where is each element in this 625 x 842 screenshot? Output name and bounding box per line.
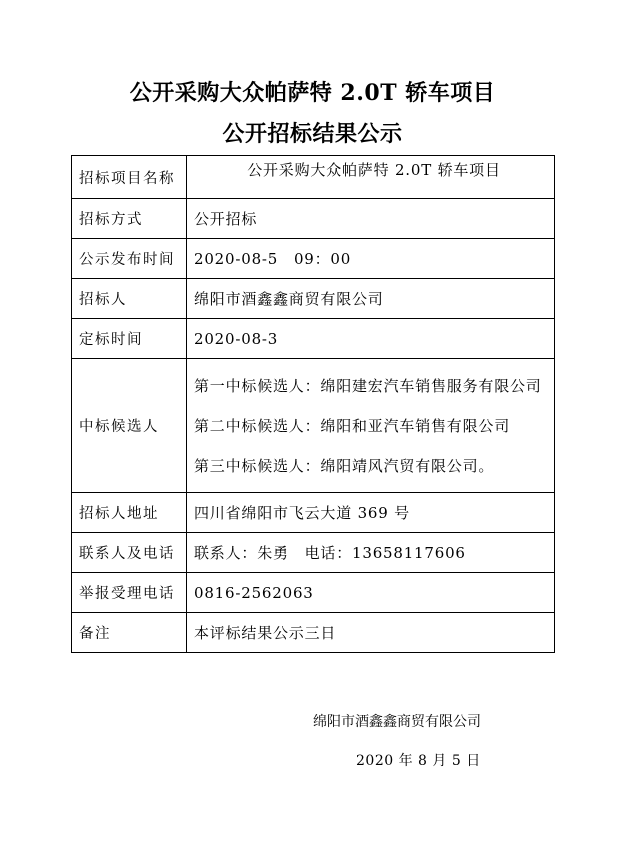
row-label: 联系人及电话 — [72, 533, 187, 573]
candidate-first: 第一中标候选人：绵阳建宏汽车销售服务有限公司 — [194, 376, 554, 396]
row-label: 举报受理电话 — [72, 573, 187, 613]
row-value: 联系人：朱勇 电话：13658117606 — [187, 533, 555, 573]
row-label: 招标人 — [72, 279, 187, 319]
row-value: 本评标结果公示三日 — [187, 613, 555, 653]
row-value: 2020-08-5 09：00 — [187, 239, 555, 279]
issue-date: 2020 年 8 月 5 日 — [356, 750, 481, 770]
document-subtitle: 公开招标结果公示 — [0, 117, 625, 148]
document-title: 公开采购大众帕萨特 2.0T 轿车项目 — [0, 76, 625, 107]
table-row-candidates: 中标候选人 第一中标候选人：绵阳建宏汽车销售服务有限公司 第二中标候选人：绵阳和… — [72, 359, 555, 493]
row-value: 公开采购大众帕萨特 2.0T 轿车项目 — [187, 156, 555, 199]
tender-info-table: 招标项目名称 公开采购大众帕萨特 2.0T 轿车项目 招标方式 公开招标 公示发… — [71, 155, 555, 653]
row-value: 2020-08-3 — [187, 319, 555, 359]
row-value: 四川省绵阳市飞云大道 369 号 — [187, 493, 555, 533]
table-row-address: 招标人地址 四川省绵阳市飞云大道 369 号 — [72, 493, 555, 533]
row-label: 招标项目名称 — [72, 156, 187, 199]
row-value: 0816-2562063 — [187, 573, 555, 613]
table-row-tender-method: 招标方式 公开招标 — [72, 199, 555, 239]
candidate-second: 第二中标候选人：绵阳和亚汽车销售有限公司 — [194, 416, 554, 436]
table-row-publish-time: 公示发布时间 2020-08-5 09：00 — [72, 239, 555, 279]
table-row-award-date: 定标时间 2020-08-3 — [72, 319, 555, 359]
row-value: 绵阳市酒鑫鑫商贸有限公司 — [187, 279, 555, 319]
table-row-project-name: 招标项目名称 公开采购大众帕萨特 2.0T 轿车项目 — [72, 156, 555, 199]
issuer-company: 绵阳市酒鑫鑫商贸有限公司 — [313, 711, 481, 731]
table-row-remarks: 备注 本评标结果公示三日 — [72, 613, 555, 653]
candidates-list: 第一中标候选人：绵阳建宏汽车销售服务有限公司 第二中标候选人：绵阳和亚汽车销售有… — [187, 359, 555, 493]
candidate-third: 第三中标候选人：绵阳靖风汽贸有限公司。 — [194, 456, 554, 476]
table-row-complaint-phone: 举报受理电话 0816-2562063 — [72, 573, 555, 613]
table-row-contact: 联系人及电话 联系人：朱勇 电话：13658117606 — [72, 533, 555, 573]
table-row-tenderer: 招标人 绵阳市酒鑫鑫商贸有限公司 — [72, 279, 555, 319]
row-label: 招标人地址 — [72, 493, 187, 533]
row-label: 备注 — [72, 613, 187, 653]
row-label: 招标方式 — [72, 199, 187, 239]
row-label: 中标候选人 — [72, 359, 187, 493]
row-label: 定标时间 — [72, 319, 187, 359]
row-value: 公开招标 — [187, 199, 555, 239]
row-label: 公示发布时间 — [72, 239, 187, 279]
